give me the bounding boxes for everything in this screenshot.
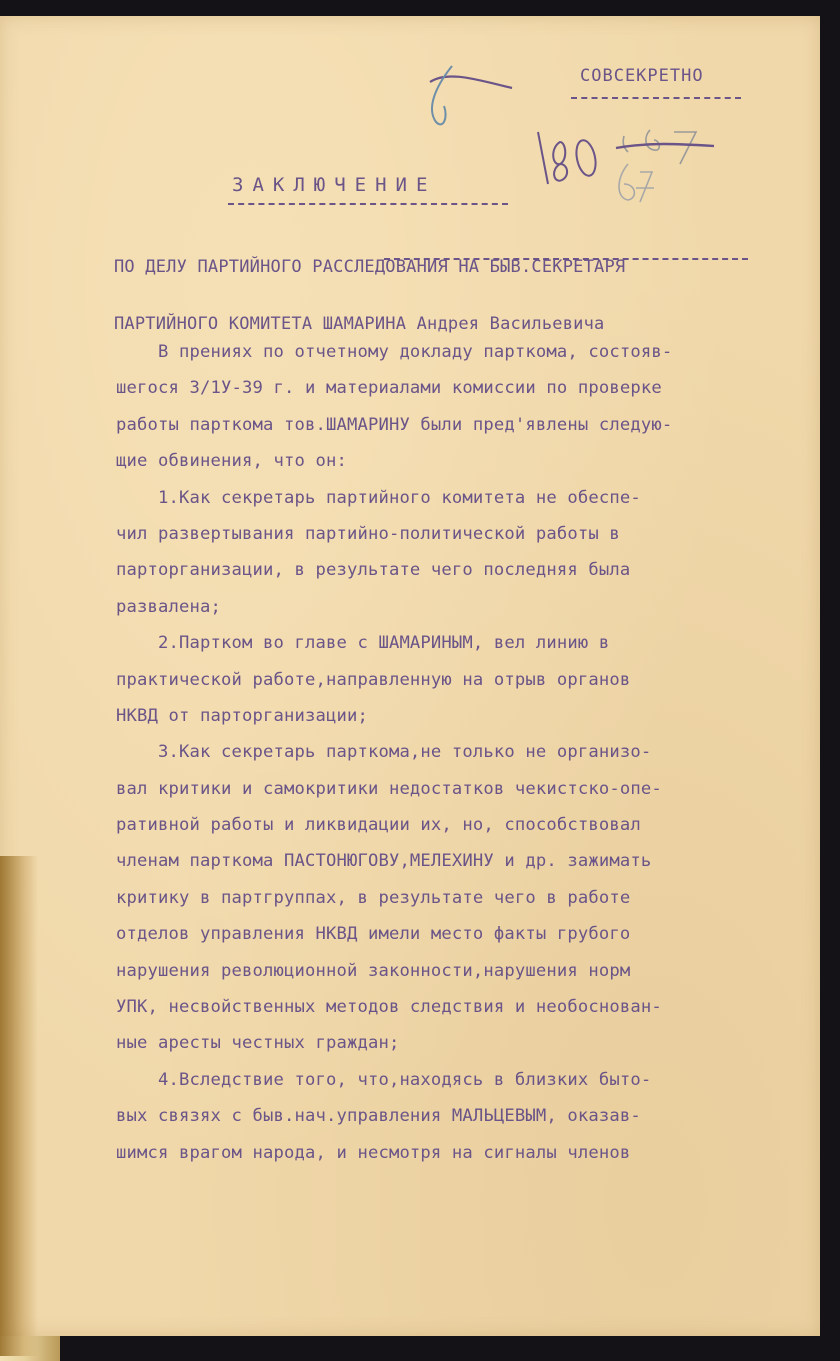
- body-line: 1.Как секретарь партийного комитета не о…: [116, 480, 816, 516]
- subtitle-line: ПО ДЕЛУ ПАРТИЙНОГО РАССЛЕДОВАНИЯ НА БЫВ.…: [114, 258, 625, 277]
- stamp-underline: [571, 97, 741, 99]
- body-line: УПК, несвойственных методов следствия и …: [116, 989, 816, 1025]
- body-line: вал критики и самокритики недостатков че…: [116, 771, 816, 807]
- body-line: практической работе,направленную на отры…: [116, 662, 816, 698]
- body-line: критику в партгруппах, в результате чего…: [116, 880, 816, 916]
- body-line: отделов управления НКВД имели место факт…: [116, 916, 816, 952]
- body-line: щие обвинения, что он:: [116, 443, 816, 479]
- body-line: развалена;: [116, 589, 816, 625]
- subtitle-underline: [384, 258, 748, 260]
- handwritten-sheet-mark: [408, 58, 518, 138]
- handwritten-folio-number: [534, 118, 614, 188]
- body-line: вых связях с быв.нач.управления МАЛЬЦЕВЫ…: [116, 1098, 816, 1134]
- body-line: В прениях по отчетному докладу парткома,…: [116, 334, 816, 370]
- classification-stamp: СОВСЕКРЕТНО: [580, 66, 704, 86]
- body-line: парторганизации, в результате чего после…: [116, 552, 816, 588]
- subtitle-line: ПАРТИЙНОГО КОМИТЕТА ШАМАРИНА Андрея Васи…: [114, 315, 625, 334]
- body-line: 3.Как секретарь парткома,не только не ор…: [116, 734, 816, 770]
- body-line: чил развертывания партийно-политической …: [116, 516, 816, 552]
- body-line: нарушения революционной законности,наруш…: [116, 953, 816, 989]
- body-line: 2.Партком во главе с ШАМАРИНЫМ, вел лини…: [116, 625, 816, 661]
- handwritten-struck-number: [610, 118, 720, 208]
- title-underline: [228, 203, 508, 205]
- body-line: шимся врагом народа, и несмотря на сигна…: [116, 1135, 816, 1171]
- page-fold-shadow: [0, 856, 38, 1356]
- body-line: ративной работы и ликвидации их, но, спо…: [116, 807, 816, 843]
- document-title: ЗАКЛЮЧЕНИЕ: [232, 174, 436, 196]
- body-line: работы парткома тов.ШАМАРИНУ были пред'я…: [116, 407, 816, 443]
- document-body: В прениях по отчетному докладу парткома,…: [116, 334, 816, 1171]
- body-line: шегося 3/1У-39 г. и материалами комиссии…: [116, 370, 816, 406]
- body-line: ные аресты честных граждан;: [116, 1025, 816, 1061]
- body-line: НКВД от парторганизации;: [116, 698, 816, 734]
- body-line: 4.Вследствие того, что,находясь в близки…: [116, 1062, 816, 1098]
- body-line: членам парткома ПАСТОНЮГОВУ,МЕЛЕХИНУ и д…: [116, 843, 816, 879]
